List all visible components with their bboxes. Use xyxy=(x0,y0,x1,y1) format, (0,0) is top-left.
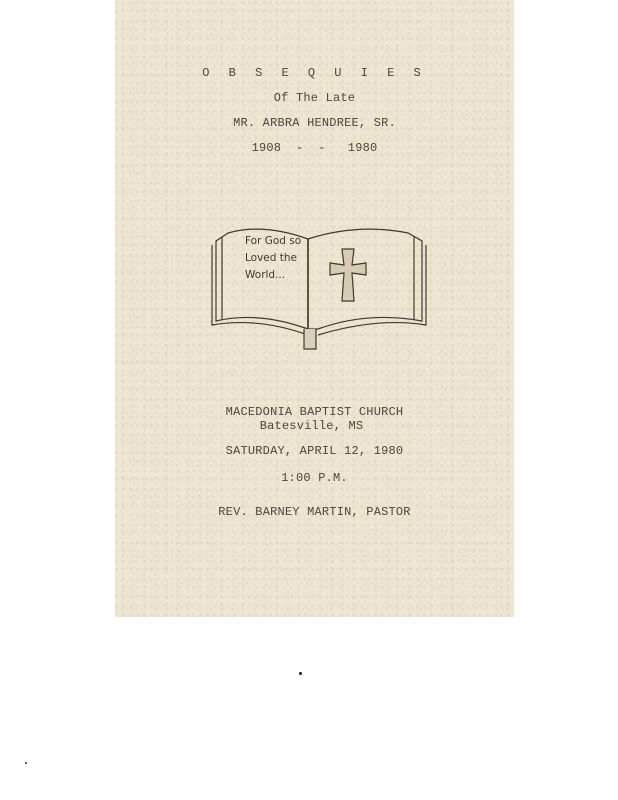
life-years: 1908 - - 1980 xyxy=(115,141,514,155)
service-date: SATURDAY, APRIL 12, 1980 xyxy=(115,444,514,458)
scan-speck xyxy=(299,672,302,675)
service-time: 1:00 P.M. xyxy=(115,471,514,485)
church-location: Batesville, MS xyxy=(112,419,511,433)
church-name: MACEDONIA BAPTIST CHURCH xyxy=(115,405,514,419)
verse-line-1: For God so xyxy=(245,233,305,250)
verse-line-2: Loved the xyxy=(245,250,305,267)
verse-line-3: World... xyxy=(245,267,305,284)
pastor: REV. BARNEY MARTIN, PASTOR xyxy=(115,505,514,519)
open-bible-icon xyxy=(208,221,433,351)
funeral-program-page: O B S E Q U I E S Of The Late MR. ARBRA … xyxy=(115,0,514,617)
deceased-name: MR. ARBRA HENDREE, SR. xyxy=(115,116,514,130)
heading: O B S E Q U I E S xyxy=(115,66,514,80)
scan-speck xyxy=(25,762,27,764)
bible-verse-text: For God so Loved the World... xyxy=(245,233,305,284)
subheading: Of The Late xyxy=(115,91,514,105)
open-bible-illustration: For God so Loved the World... xyxy=(208,221,433,351)
